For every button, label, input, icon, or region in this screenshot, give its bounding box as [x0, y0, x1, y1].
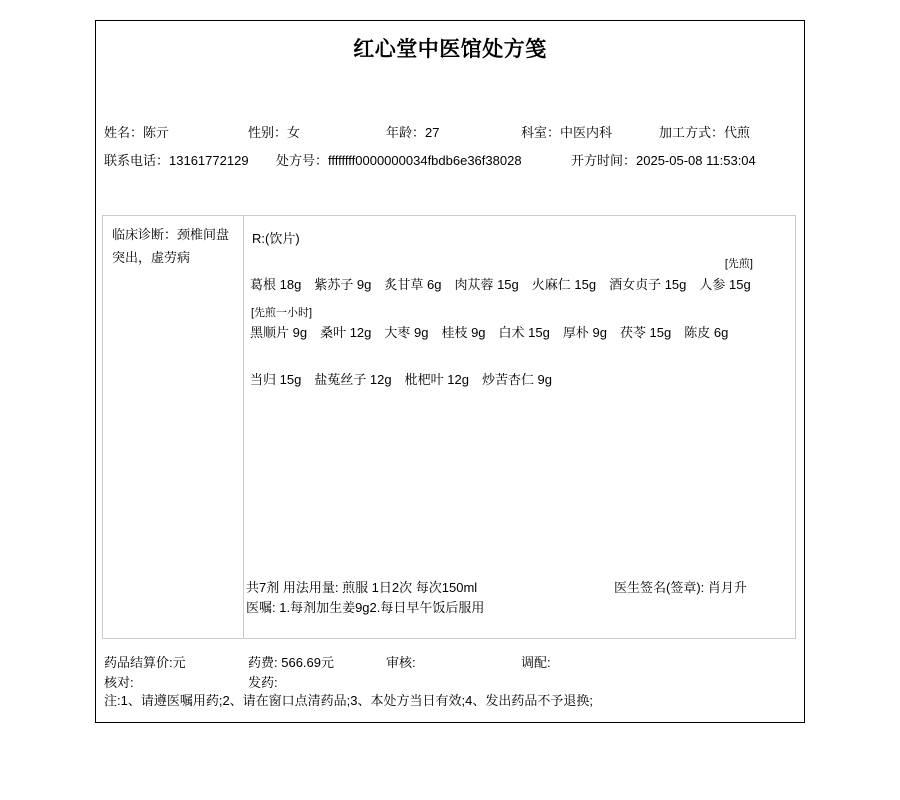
clinical-diagnosis-label: 临床诊断： — [112, 227, 177, 242]
field-processing: 加工方式：代煎 — [659, 122, 750, 141]
field-gender-label: 性别： — [248, 125, 287, 140]
field-issue-time-label: 开方时间： — [571, 153, 636, 168]
screen: 红心堂中医馆处方笺 姓名：陈亓 性别：女 年龄：27 科室：中医内科 加工方式：… — [0, 0, 900, 800]
field-name-value: 陈亓 — [143, 125, 169, 140]
herb-item: 葛根 18g — [250, 277, 301, 292]
field-rx-number-value: ffffffff0000000034fbdb6e36f38028 — [328, 153, 522, 168]
herb-item: 桑叶 12g — [320, 325, 371, 340]
doctor-signature-name: 肖月升 — [708, 580, 747, 595]
herb-item: 盐菟丝子 12g — [314, 372, 391, 387]
footer-row-2: 核对: 发药: — [96, 672, 804, 690]
field-issue: 发药: — [248, 672, 278, 691]
prescription-body: R:(饮片) [先煎] 葛根 18g紫苏子 9g炙甘草 6g肉苁蓉 15g火麻仁… — [244, 216, 795, 638]
field-gender-value: 女 — [287, 125, 300, 140]
field-rx-number-label: 处方号： — [276, 153, 328, 168]
field-settlement-price-label: 药品结算价: — [104, 655, 173, 670]
field-department: 科室：中医内科 — [521, 122, 612, 141]
footer-row-1: 药品结算价:元 药费: 566.69元 审核: 调配: — [96, 652, 804, 670]
herb-item: 酒女贞子 15g — [609, 277, 686, 292]
field-age: 年龄：27 — [386, 122, 439, 141]
rx-type-header: R:(饮片) — [252, 228, 300, 247]
field-review-label: 审核: — [386, 655, 416, 670]
decoct-first-hour-tag: [先煎一小时] — [251, 304, 312, 320]
field-department-label: 科室： — [521, 125, 560, 140]
field-dispense: 调配: — [521, 652, 551, 671]
herb-item: 人参 15g — [699, 277, 750, 292]
field-phone-label: 联系电话： — [104, 153, 169, 168]
herb-item: 火麻仁 15g — [532, 277, 596, 292]
field-age-value: 27 — [425, 125, 439, 140]
decoct-first-tag: [先煎] — [725, 255, 753, 271]
herb-item: 白术 15g — [499, 325, 550, 340]
field-issue-time: 开方时间：2025-05-08 11:53:04 — [571, 150, 756, 169]
patient-info-row-1: 姓名：陈亓 性别：女 年龄：27 科室：中医内科 加工方式：代煎 — [96, 122, 804, 140]
herb-item: 当归 15g — [250, 372, 301, 387]
prescription-sheet: 红心堂中医馆处方笺 姓名：陈亓 性别：女 年龄：27 科室：中医内科 加工方式：… — [95, 20, 805, 723]
field-rx-number: 处方号：ffffffff0000000034fbdb6e36f38028 — [276, 150, 522, 169]
field-medicine-fee-label: 药费: — [248, 655, 281, 670]
herb-line-3: 当归 15g盐菟丝子 12g枇杷叶 12g炒苦杏仁 9g — [250, 369, 791, 388]
herb-item: 茯苓 15g — [620, 325, 671, 340]
field-processing-value: 代煎 — [724, 125, 750, 140]
field-name: 姓名：陈亓 — [104, 122, 169, 141]
field-check-label: 核对: — [104, 675, 134, 690]
field-department-value: 中医内科 — [560, 125, 612, 140]
field-issue-time-value: 2025-05-08 11:53:04 — [636, 153, 756, 168]
sheet-title: 红心堂中医馆处方笺 — [96, 33, 804, 63]
herb-item: 大枣 9g — [384, 325, 428, 340]
patient-info-row-2: 联系电话：13161772129 处方号：ffffffff0000000034f… — [96, 150, 804, 168]
field-check: 核对: — [104, 672, 134, 691]
field-gender: 性别：女 — [248, 122, 300, 141]
prescription-box: 临床诊断：颈椎间盘突出，虚劳病 R:(饮片) [先煎] 葛根 18g紫苏子 9g… — [102, 215, 796, 639]
herb-item: 厚朴 9g — [563, 325, 607, 340]
field-settlement-price-value: 元 — [173, 655, 186, 670]
advice-line: 医嘱: 1.每剂加生姜9g2.每日早午饭后服用 — [246, 597, 484, 616]
doctor-signature-label: 医生签名(签章): — [614, 580, 708, 595]
herb-item: 陈皮 6g — [684, 325, 728, 340]
herb-item: 炒苦杏仁 9g — [482, 372, 552, 387]
herb-item: 紫苏子 9g — [314, 277, 371, 292]
herb-item: 肉苁蓉 15g — [454, 277, 518, 292]
field-phone-value: 13161772129 — [169, 153, 249, 168]
field-dispense-label: 调配: — [521, 655, 551, 670]
field-processing-label: 加工方式： — [659, 125, 724, 140]
herb-item: 桂枝 9g — [441, 325, 485, 340]
note-line: 注:1、请遵医嘱用药;2、请在窗口点清药品;3、本处方当日有效;4、发出药品不予… — [104, 690, 593, 709]
field-issue-label: 发药: — [248, 675, 278, 690]
herb-line-1: 葛根 18g紫苏子 9g炙甘草 6g肉苁蓉 15g火麻仁 15g酒女贞子 15g… — [250, 274, 791, 293]
field-settlement-price: 药品结算价:元 — [104, 652, 186, 671]
field-medicine-fee-value: 566.69元 — [281, 655, 334, 670]
clinical-diagnosis: 临床诊断：颈椎间盘突出，虚劳病 — [103, 216, 243, 269]
field-phone: 联系电话：13161772129 — [104, 150, 249, 169]
field-medicine-fee: 药费: 566.69元 — [248, 652, 334, 671]
field-name-label: 姓名： — [104, 125, 143, 140]
usage-line: 共7剂 用法用量: 煎服 1日2次 每次150ml — [246, 577, 477, 596]
herb-item: 黑顺片 9g — [250, 325, 307, 340]
field-age-label: 年龄： — [386, 125, 425, 140]
herb-item: 炙甘草 6g — [384, 277, 441, 292]
doctor-signature: 医生签名(签章): 肖月升 — [614, 577, 747, 596]
herb-line-2: 黑顺片 9g桑叶 12g大枣 9g桂枝 9g白术 15g厚朴 9g茯苓 15g陈… — [250, 322, 791, 341]
herb-item: 枇杷叶 12g — [405, 372, 469, 387]
field-review: 审核: — [386, 652, 416, 671]
